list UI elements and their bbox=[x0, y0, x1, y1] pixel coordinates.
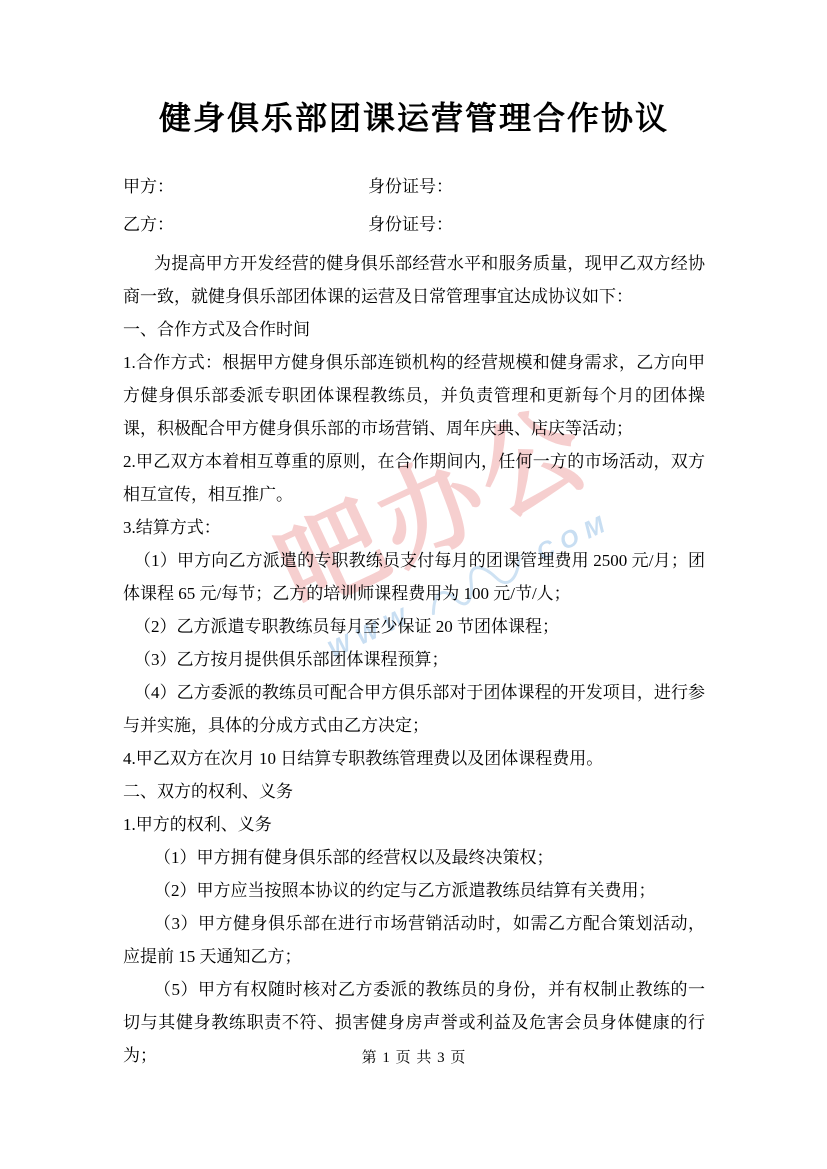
paragraph: 一、合作方式及合作时间 bbox=[123, 313, 705, 346]
paragraph: （4）乙方委派的教练员可配合甲方俱乐部对于团体课程的开发项目，进行参与并实施，具… bbox=[123, 676, 705, 742]
paragraph: 二、双方的权利、义务 bbox=[123, 775, 705, 808]
paragraph: 3.结算方式： bbox=[123, 511, 705, 544]
party-a-id-label: 身份证号： bbox=[368, 172, 453, 197]
paragraph: （3）乙方按月提供俱乐部团体课程预算； bbox=[123, 643, 705, 676]
party-row: 乙方： 身份证号： bbox=[123, 203, 705, 241]
paragraph: （3）甲方健身俱乐部在进行市场营销活动时，如需乙方配合策划活动，应提前 15 天… bbox=[123, 907, 705, 973]
paragraph: （2）甲方应当按照本协议的约定与乙方派遣教练员结算有关费用； bbox=[123, 874, 705, 907]
paragraph: （2）乙方派遣专职教练员每月至少保证 20 节团体课程； bbox=[123, 610, 705, 643]
page-footer: 第 1 页 共 3 页 bbox=[123, 1046, 705, 1067]
paragraph-list: 为提高甲方开发经营的健身俱乐部经营水平和服务质量，现甲乙双方经协商一致，就健身俱… bbox=[123, 247, 705, 1072]
paragraph: 1.合作方式：根据甲方健身俱乐部连锁机构的经营规模和健身需求，乙方向甲方健身俱乐… bbox=[123, 346, 705, 445]
paragraph: 4.甲乙双方在次月 10 日结算专职教练管理费以及团体课程费用。 bbox=[123, 742, 705, 775]
party-section: 甲方： 身份证号： 乙方： 身份证号： bbox=[123, 165, 705, 241]
party-b-id-label: 身份证号： bbox=[368, 210, 453, 235]
party-row: 甲方： 身份证号： bbox=[123, 165, 705, 203]
party-b-label: 乙方： bbox=[123, 210, 368, 235]
document-page: 吧办公 WWW COM 健身俱乐部团课运营管理合作协议 甲方： 身份证号： 乙方… bbox=[0, 0, 827, 1169]
paragraph: 2.甲乙双方本着相互尊重的原则，在合作期间内，任何一方的市场活动，双方相互宣传，… bbox=[123, 445, 705, 511]
paragraph: （1）甲方向乙方派遣的专职教练员支付每月的团课管理费用 2500 元/月；团体课… bbox=[123, 544, 705, 610]
paragraph: 1.甲方的权利、义务 bbox=[123, 808, 705, 841]
paragraph: （1）甲方拥有健身俱乐部的经营权以及最终决策权； bbox=[123, 841, 705, 874]
document-content: 健身俱乐部团课运营管理合作协议 甲方： 身份证号： 乙方： 身份证号： 为提高甲… bbox=[123, 0, 705, 1072]
party-a-label: 甲方： bbox=[123, 172, 368, 197]
paragraph: 为提高甲方开发经营的健身俱乐部经营水平和服务质量，现甲乙双方经协商一致，就健身俱… bbox=[123, 247, 705, 313]
page-title: 健身俱乐部团课运营管理合作协议 bbox=[123, 0, 705, 137]
